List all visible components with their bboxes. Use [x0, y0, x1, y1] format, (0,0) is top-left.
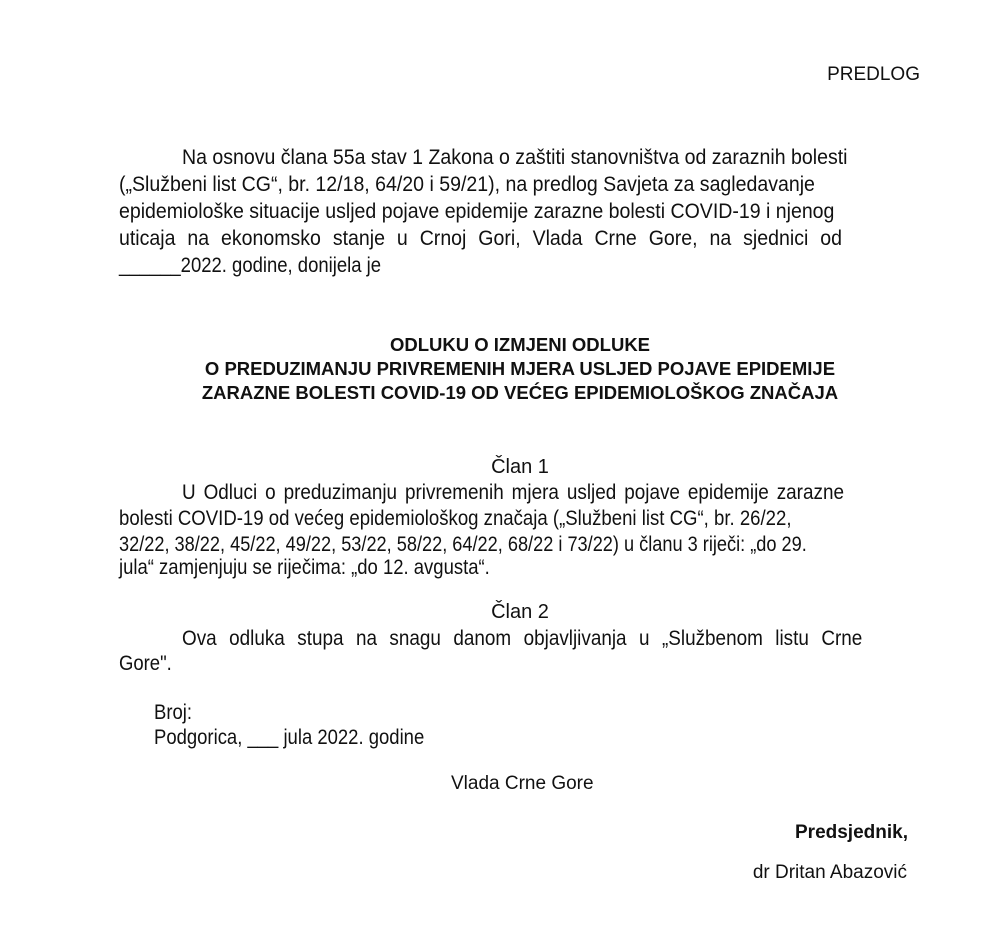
article-line: 32/22, 38/22, 45/22, 49/22, 53/22, 58/22…	[119, 533, 807, 557]
preamble-line: uticaja na ekonomsko stanje u Crnoj Gori…	[119, 227, 842, 251]
signatory-title: Predsjednik,	[795, 822, 908, 844]
signatory-name: dr Dritan Abazović	[753, 862, 907, 884]
article-line: jula“ zamjenjuju se riječima: „do 12. av…	[119, 556, 490, 580]
title-line: ZARAZNE BOLESTI COVID-19 OD VEĆEG EPIDEM…	[0, 382, 1000, 404]
article-heading: Član 1	[0, 456, 1000, 479]
title-line: O PREDUZIMANJU PRIVREMENIH MJERA USLJED …	[0, 358, 1000, 380]
document-number: Broj:	[154, 701, 192, 725]
article-line: Ova odluka stupa na snagu danom objavlji…	[182, 627, 862, 651]
preamble-line: epidemiološke situacije usljed pojave ep…	[119, 200, 834, 224]
article-line: U Odluci o preduzimanju privremenih mjer…	[182, 481, 844, 505]
place-date: Podgorica, ___ jula 2022. godine	[154, 726, 424, 750]
issuer: Vlada Crne Gore	[451, 773, 594, 795]
article-line: bolesti COVID-19 od većeg epidemiološkog…	[119, 507, 792, 531]
preamble-line: („Službeni list CG“, br. 12/18, 64/20 i …	[119, 173, 815, 197]
article-line: Gore".	[119, 652, 172, 676]
preamble-line: Na osnovu člana 55a stav 1 Zakona o zašt…	[182, 146, 848, 170]
draft-label: PREDLOG	[827, 64, 920, 86]
title-line: ODLUKU O IZMJENI ODLUKE	[0, 334, 1000, 356]
preamble-line: ______2022. godine, donijela je	[119, 254, 381, 278]
article-heading: Član 2	[0, 601, 1000, 624]
